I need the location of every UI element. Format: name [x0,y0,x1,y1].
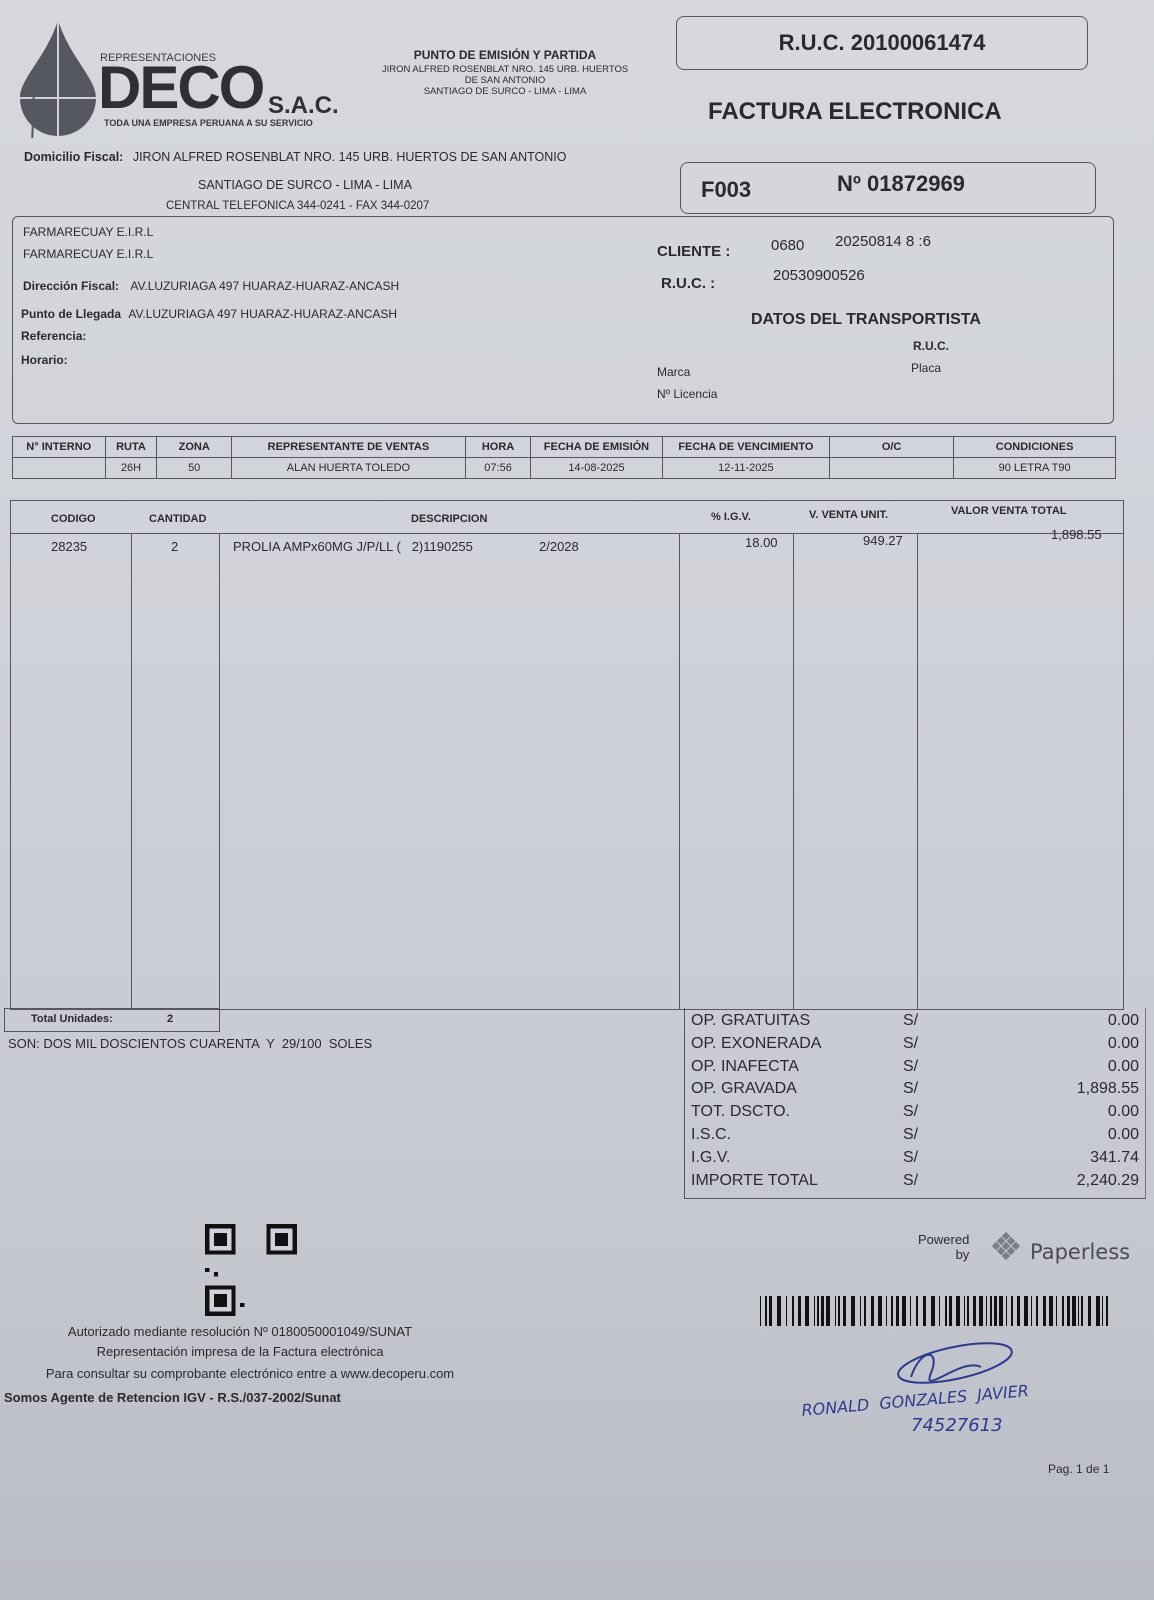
powered-by: Powered by [918,1232,969,1262]
totals-value: 1,898.55 [1077,1080,1139,1098]
client-ruc-value: 20530900526 [773,267,865,284]
totals-box: OP. GRATUITASS/0.00OP. EXONERADAS/0.00OP… [684,1008,1146,1199]
totals-currency: S/ [903,1080,918,1098]
total-units-value: 2 [167,1013,173,1025]
order-value-cell: 90 LETRA T90 [954,458,1116,479]
invoice-series: F003 [701,177,751,203]
col-igv: % I.G.V. [711,511,751,523]
item-total: 1,898.55 [1051,527,1102,542]
invoice-number-box: F003 Nº 01872969 [680,162,1096,214]
arrival-value: AV.LUZURIAGA 497 HUARAZ-HUARAZ-ANCASH [128,307,397,321]
col-code: CODIGO [51,513,96,525]
order-value-cell: 14-08-2025 [531,458,663,479]
fiscal-line2: SANTIAGO DE SURCO - LIMA - LIMA [198,178,412,192]
carrier-brand-label: Marca [657,365,690,379]
items-header: CODIGO CANTIDAD DESCRIPCION % I.G.V. V. … [11,501,1123,534]
client-name-2: FARMARECUAY E.I.R.L [23,247,153,261]
client-fiscal-value: AV.LUZURIAGA 497 HUARAZ-HUARAZ-ANCASH [130,279,399,293]
totals-row: I.S.C.S/0.00 [691,1126,1139,1148]
paperless-logo-icon [988,1228,1024,1264]
order-header-cell: N° INTERNO [13,437,106,458]
totals-currency: S/ [903,1103,918,1121]
order-header-cell: FECHA DE VENCIMIENTO [662,437,829,458]
item-igv: 18.00 [745,535,778,550]
item-description: PROLIA AMPx60MG J/P/LL ( 2)1190255 [233,539,473,554]
carrier-license-label: Nº Licencia [657,387,717,401]
carrier-ruc-label: R.U.C. [913,339,949,353]
fiscal-line1: JIRON ALFRED ROSENBLAT NRO. 145 URB. HUE… [133,150,567,164]
retention-agent-line: Somos Agente de Retencion IGV - R.S./037… [4,1390,341,1405]
emission-point: PUNTO DE EMISIÓN Y PARTIDA JIRON ALFRED … [340,48,670,97]
totals-row: OP. INAFECTAS/0.00 [691,1058,1139,1080]
order-header-cell: CONDICIONES [954,437,1116,458]
consult-line: Para consultar su comprobante electrónic… [20,1366,480,1381]
order-value-cell [13,458,106,479]
by-label: by [918,1247,969,1262]
arrival-label: Punto de Llegada [21,307,121,321]
order-header-cell: ZONA [157,437,231,458]
totals-row: TOT. DSCTO.S/0.00 [691,1103,1139,1125]
totals-label: OP. INAFECTA [691,1058,799,1076]
order-value-cell: 50 [157,458,231,479]
order-value-cell: ALAN HUERTA TOLEDO [231,458,465,479]
representation-line: Representación impresa de la Factura ele… [20,1344,460,1359]
order-header-cell: FECHA DE EMISIÓN [531,437,663,458]
order-value-cell [829,458,953,479]
emission-line2: DE SAN ANTONIO [340,75,670,86]
page-number: Pag. 1 de 1 [1048,1462,1109,1476]
cliente-stamp: 20250814 8 :6 [835,233,931,250]
totals-label: I.G.V. [691,1149,730,1167]
order-header-cell: O/C [829,437,953,458]
ruc-box: R.U.C. 20100061474 [676,16,1088,70]
order-value-cell: 07:56 [465,458,530,479]
carrier-plate-label: Placa [911,361,941,375]
col-unit-price: V. VENTA UNIT. [809,509,888,521]
emission-title: PUNTO DE EMISIÓN Y PARTIDA [340,48,670,62]
totals-row: OP. GRAVADAS/1,898.55 [691,1080,1139,1102]
phone-line: CENTRAL TELEFONICA 344-0241 - FAX 344-02… [166,200,429,212]
order-value-cell: 12-11-2025 [662,458,829,479]
col-description: DESCRIPCION [411,513,487,525]
totals-label: I.S.C. [691,1126,731,1144]
totals-row: OP. EXONERADAS/0.00 [691,1035,1139,1057]
totals-value: 0.00 [1108,1103,1139,1121]
reference-label: Referencia: [21,329,86,343]
totals-currency: S/ [903,1172,918,1190]
totals-value: 0.00 [1108,1126,1139,1144]
items-table: CODIGO CANTIDAD DESCRIPCION % I.G.V. V. … [10,500,1124,1010]
barcode-icon [760,1296,1115,1326]
totals-currency: S/ [903,1012,918,1030]
totals-label: OP. GRAVADA [691,1080,797,1098]
client-ruc-label: R.U.C. : [661,275,715,292]
signature-id: 74527613 [911,1415,1003,1436]
auth-line: Autorizado mediante resolución Nº 018005… [20,1324,460,1339]
invoice-page: REPRESENTACIONES DECO S.A.C. TODA UNA EM… [0,0,1154,1600]
schedule-label: Horario: [21,353,68,367]
totals-label: TOT. DSCTO. [691,1103,790,1121]
item-code: 28235 [51,539,87,554]
logo-name: DECO [98,58,263,118]
totals-row: I.G.V.S/341.74 [691,1149,1139,1171]
totals-value: 341.74 [1090,1149,1139,1167]
order-info-table: N° INTERNORUTAZONAREPRESENTANTE DE VENTA… [12,436,1116,479]
document-type: FACTURA ELECTRONICA [708,98,1002,126]
item-expiry: 2/2028 [539,539,579,554]
order-value-cell: 26H [105,458,157,479]
totals-currency: S/ [903,1149,918,1167]
totals-currency: S/ [903,1126,918,1144]
col-qty: CANTIDAD [149,513,206,525]
issuer-ruc: R.U.C. 20100061474 [677,17,1087,69]
order-info-values: 26H50ALAN HUERTA TOLEDO07:5614-08-202512… [13,458,1116,479]
col-total: VALOR VENTA TOTAL [951,505,1067,517]
deco-drop-logo-icon [18,18,98,138]
totals-label: IMPORTE TOTAL [691,1172,818,1190]
fiscal-label: Domicilio Fiscal: [24,150,123,164]
totals-row: IMPORTE TOTALS/2,240.29 [691,1172,1139,1194]
total-units-label: Total Unidades: [31,1013,113,1025]
order-header-cell: RUTA [105,437,157,458]
carrier-title: DATOS DEL TRANSPORTISTA [751,311,981,329]
qr-code-icon [205,1222,297,1318]
order-info-header: N° INTERNORUTAZONAREPRESENTANTE DE VENTA… [13,437,1116,458]
cliente-label: CLIENTE : [657,243,730,260]
emission-line1: JIRON ALFRED ROSENBLAT NRO. 145 URB. HUE… [340,64,670,75]
fiscal-address: Domicilio Fiscal: JIRON ALFRED ROSENBLAT… [24,150,567,164]
emission-line3: SANTIAGO DE SURCO - LIMA - LIMA [340,86,670,97]
order-header-cell: REPRESENTANTE DE VENTAS [231,437,465,458]
item-qty: 2 [171,539,178,554]
totals-value: 0.00 [1108,1012,1139,1030]
total-units-box: Total Unidades: 2 [4,1008,220,1032]
totals-label: OP. GRATUITAS [691,1012,810,1030]
paperless-brand: Paperless [1030,1240,1130,1264]
logo-tagline: TODA UNA EMPRESA PERUANA A SU SERVICIO [104,118,313,128]
client-box: FARMARECUAY E.I.R.L FARMARECUAY E.I.R.L … [12,216,1114,424]
totals-value: 0.00 [1108,1035,1139,1053]
client-fiscal-address: Dirección Fiscal: AV.LUZURIAGA 497 HUARA… [23,279,399,293]
totals-row: OP. GRATUITASS/0.00 [691,1012,1139,1034]
totals-value: 2,240.29 [1077,1172,1139,1190]
totals-value: 0.00 [1108,1058,1139,1076]
totals-currency: S/ [903,1058,918,1076]
amount-in-words: SON: DOS MIL DOSCIENTOS CUARENTA Y 29/10… [8,1036,372,1051]
item-unit-price: 949.27 [863,533,903,548]
powered-label: Powered [918,1232,969,1247]
totals-label: OP. EXONERADA [691,1035,821,1053]
arrival-point: Punto de Llegada AV.LUZURIAGA 497 HUARAZ… [21,307,397,321]
totals-currency: S/ [903,1035,918,1053]
client-fiscal-label: Dirección Fiscal: [23,279,119,293]
order-header-cell: HORA [465,437,530,458]
client-name-1: FARMARECUAY E.I.R.L [23,225,153,239]
cliente-code: 0680 [771,237,804,254]
logo-suffix: S.A.C. [268,92,339,120]
invoice-number: Nº 01872969 [837,171,965,197]
